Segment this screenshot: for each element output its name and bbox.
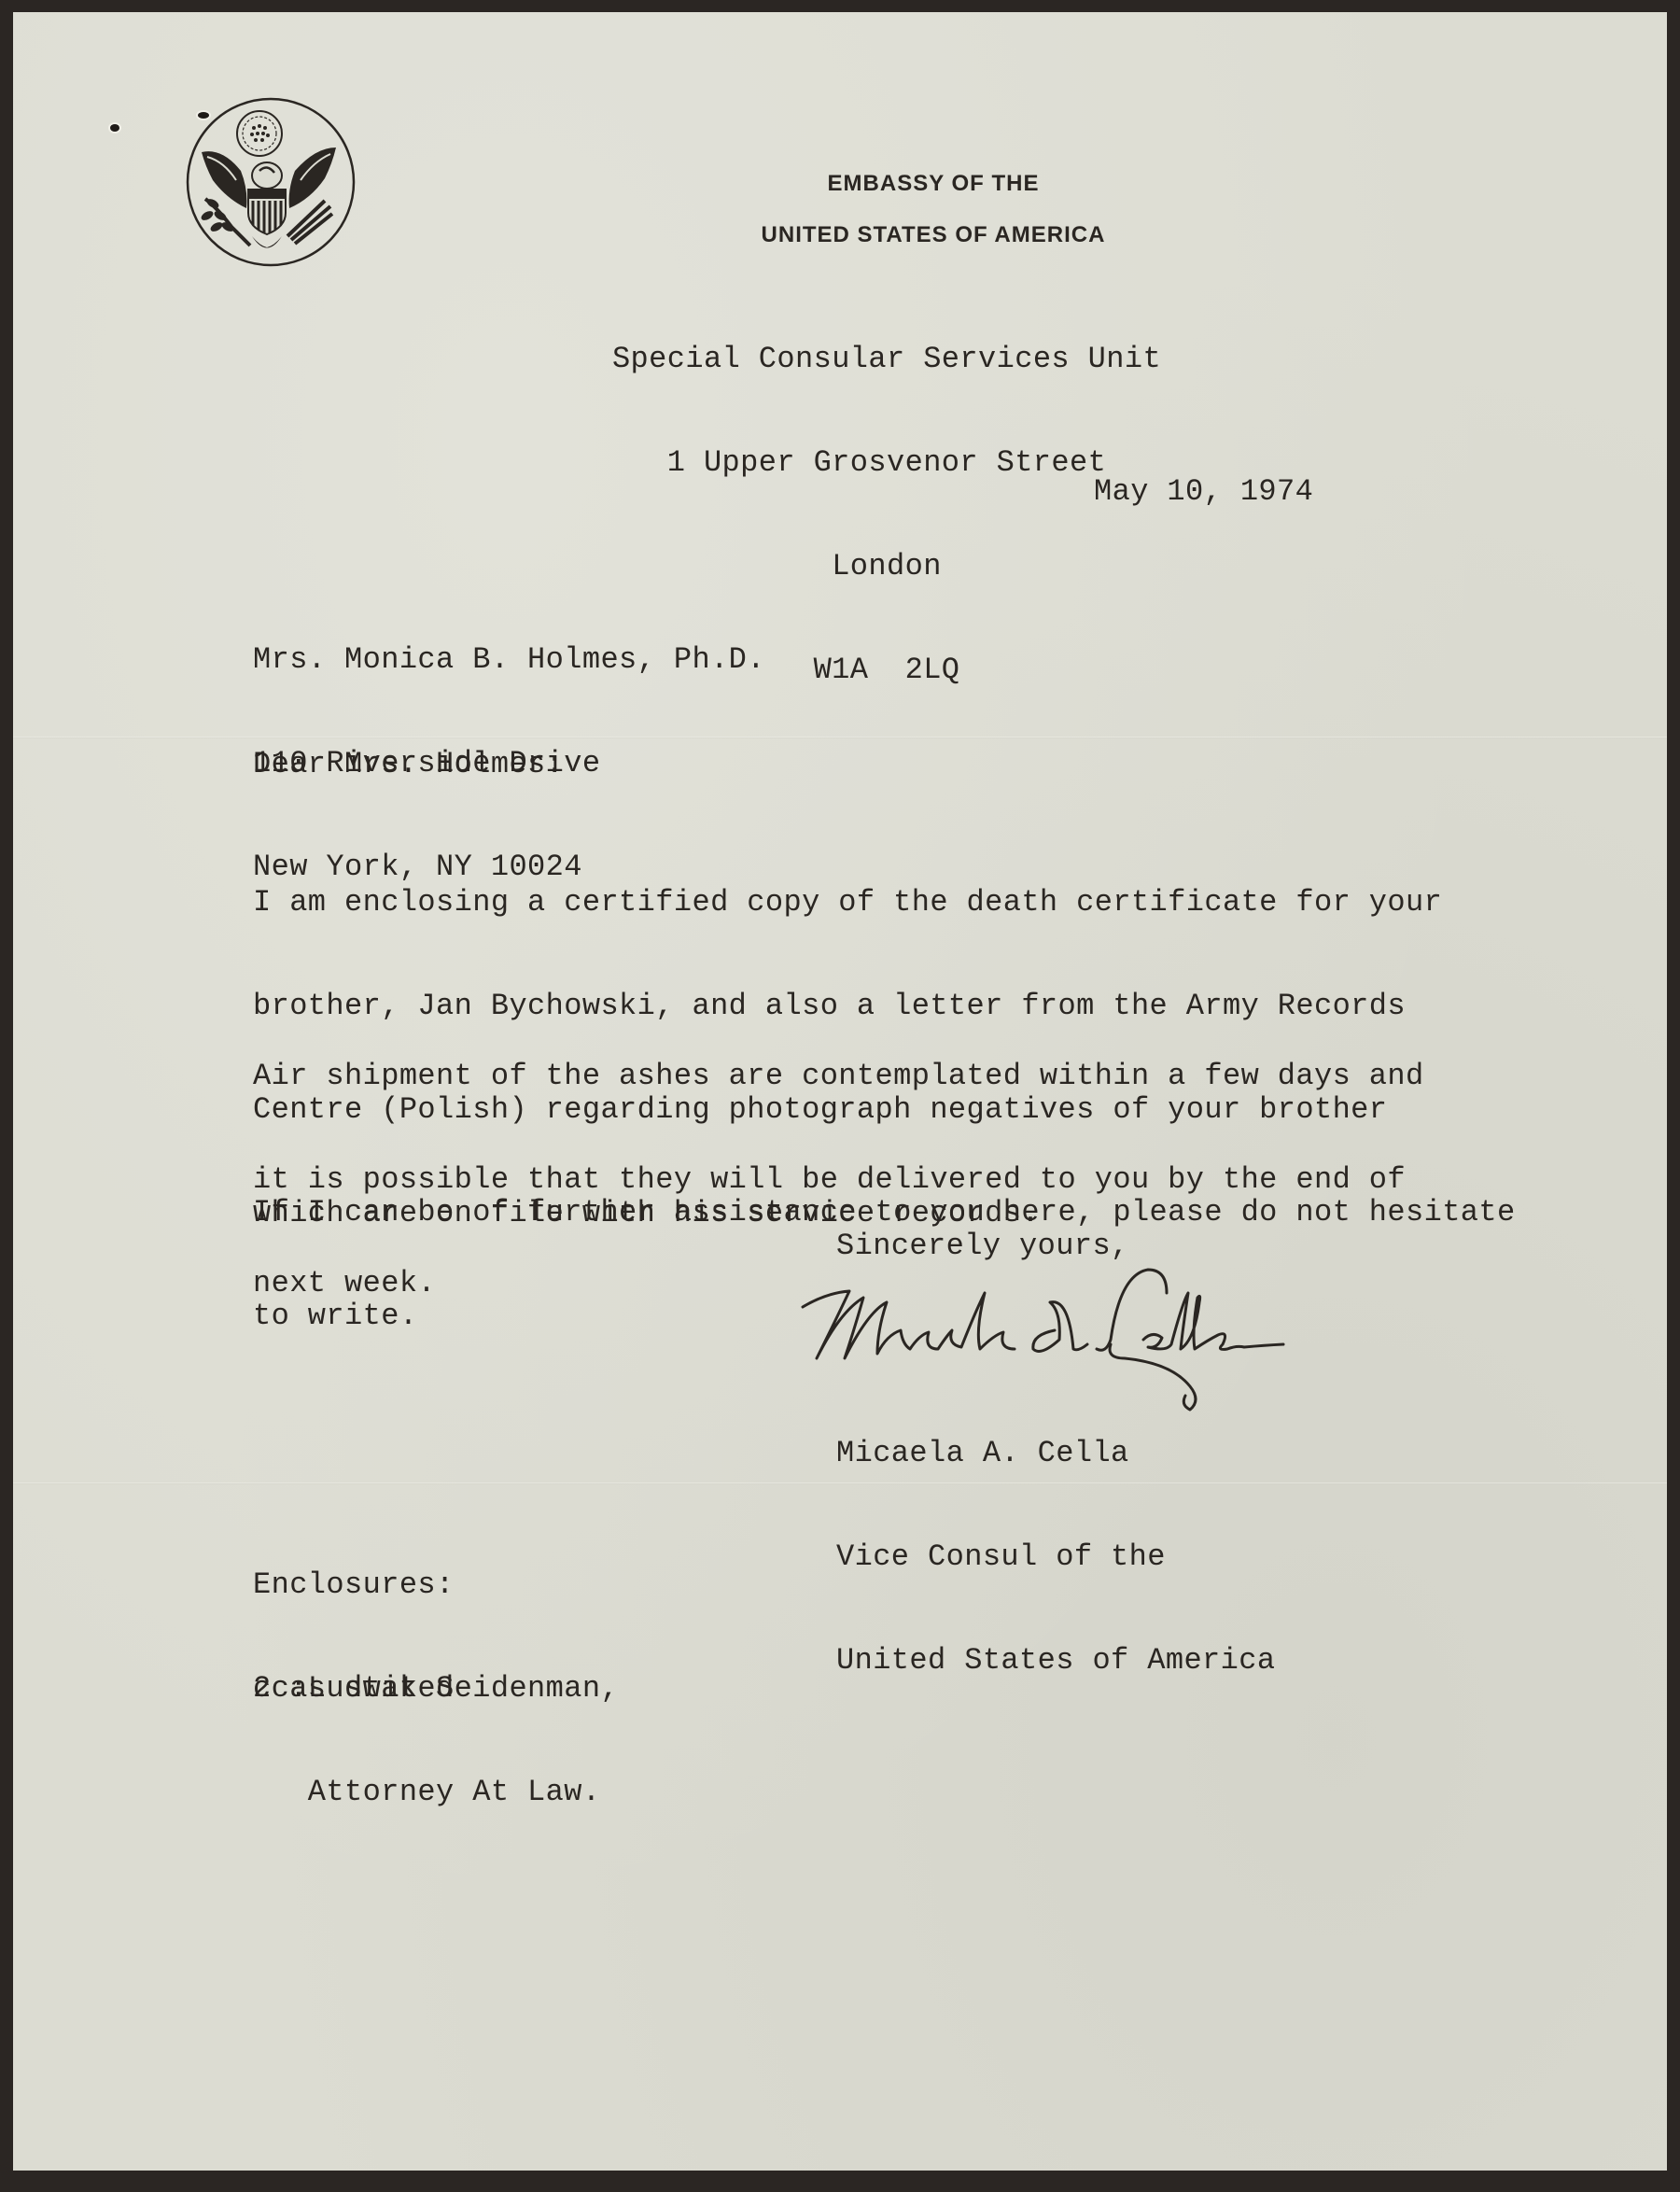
enclosures-label: Enclosures: — [253, 1567, 455, 1602]
signature-block: Micaela A. Cella Vice Consul of the Unit… — [836, 1367, 1275, 1712]
recipient-line: Mrs. Monica B. Holmes, Ph.D. — [253, 642, 765, 677]
signer-name: Micaela A. Cella — [836, 1436, 1275, 1470]
letterhead-address-line: Special Consular Services Unit — [560, 342, 1213, 376]
signer-title: Vice Consul of the — [836, 1539, 1275, 1574]
cc-line: cc:Ludwik Seidenman, — [253, 1671, 619, 1706]
punch-mark — [110, 124, 119, 132]
salutation: Dear Mrs. Holmes: — [253, 747, 564, 781]
great-seal-eagle-icon — [185, 96, 357, 268]
carbon-copy: cc:Ludwik Seidenman, Attorney At Law. — [253, 1602, 619, 1844]
letter-date: May 10, 1974 — [1094, 474, 1313, 509]
body-line: Air shipment of the ashes are contemplat… — [253, 1059, 1424, 1093]
body-line: I am enclosing a certified copy of the d… — [253, 885, 1442, 920]
letterhead-line2: UNITED STATES OF AMERICA — [653, 222, 1213, 248]
body-line: If I can be of further assistance to you… — [253, 1195, 1516, 1229]
cc-line: Attorney At Law. — [253, 1775, 619, 1809]
signer-title: United States of America — [836, 1643, 1275, 1678]
letterhead-line1: EMBASSY OF THE — [653, 171, 1213, 197]
